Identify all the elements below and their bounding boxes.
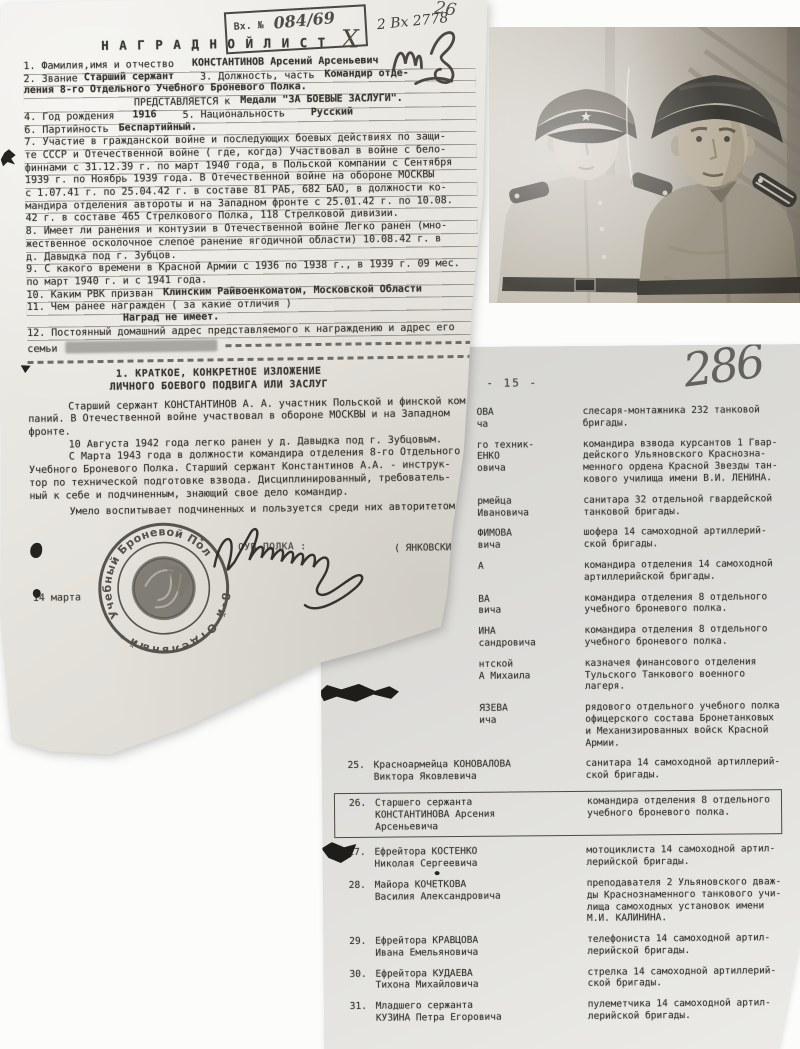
entry-number: 29.	[349, 936, 375, 948]
entry-duty: командира взвода курсантов 1 Гвар- дейск…	[583, 437, 785, 486]
entry-name: Старшего сержанта КОНСТАНТИНОВА Арсения …	[375, 796, 587, 833]
stamp-number: 084/69	[272, 8, 335, 33]
ink-speck	[1, 149, 16, 166]
award-sheet-page: Н А Г Р А Д Н О Й Л И С Т Вх. № 084/69 2…	[0, 0, 498, 788]
handwritten-folio-number: 286	[680, 334, 765, 398]
ink-speck	[435, 871, 440, 875]
commander-signature	[204, 518, 405, 626]
entry-duty: телефониста 14 самоходной артил- лерийск…	[587, 932, 789, 957]
handwritten-page-number: 26	[433, 0, 457, 21]
entry-name: Ефрейтора КОСТЕНКО Николая Сергеевича	[374, 845, 586, 870]
entry-duty: мотоциклиста 14 самоходной артил- лерийс…	[586, 843, 788, 868]
list-item: 31. Младшего сержанта КУЗИНА Петра Егоро…	[324, 997, 800, 1025]
entry-duty: рядового отдельного учебного полка офице…	[585, 700, 787, 749]
list-item: 27. Ефрейтора КОСТЕНКО Николая Сергеевич…	[322, 843, 800, 871]
entry-duty: командира отделения 8 отдельного учебног…	[587, 794, 779, 819]
list-item: 30. Ефрейтора КУДАЕВА Тихона Михайловича…	[323, 965, 800, 993]
field-label: 4. Год рождения	[24, 111, 114, 125]
dashed-rule	[225, 341, 479, 348]
entry-duty: пулеметчика 14 самоходной артил- лерийск…	[588, 997, 790, 1022]
entry-duty: преподавателя 2 Ульяновского дваж- ды Кр…	[587, 876, 789, 925]
entry-name: Ефрейтора КРАВЦОВА Ивана Емельяновича	[375, 934, 587, 959]
form-body: 1. Фамилия,имя и отчество КОНСТАНТИНОВ А…	[23, 55, 481, 520]
entry-duty: казначея финансового отделения Тульского…	[585, 656, 787, 693]
entry-number: 26.	[349, 798, 375, 810]
entry-duty: стрелка 14 самоходной артиллерий- ской б…	[587, 965, 789, 990]
stamp-label: Вх. №	[233, 20, 264, 33]
entry-name: Младшего сержанта КУЗИНА Петра Егоровича	[376, 999, 588, 1024]
entry-duty: санитара 14 самоходной артиллерий- ской …	[586, 756, 788, 781]
soldiers-photo	[489, 27, 800, 303]
entry-number: 28.	[349, 880, 375, 892]
field-value: Русский	[311, 106, 353, 119]
field-label: семьи	[27, 344, 57, 357]
field-value: Беспартийный.	[119, 121, 197, 135]
field-value: Медали "ЗА БОЕВЫЕ ЗАСЛУГИ".	[240, 93, 403, 108]
redacted-address-block	[65, 340, 217, 354]
handwritten-x-mark: Х	[341, 24, 359, 53]
entry-duty: командира отделения 14 самоходной артилл…	[584, 558, 786, 583]
list-item: 29. Ефрейтора КРАВЦОВА Ивана Емельянович…	[323, 932, 800, 960]
entry-duty: слесаря-монтажника 232 танковой бригады.	[583, 404, 785, 429]
entry-duty: командира отделения 8 отдельного учебног…	[584, 623, 786, 648]
entry-name: Майора КОЧЕТКОВА Василия Александровича	[375, 878, 587, 903]
award-sheet-paper: Н А Г Р А Д Н О Й Л И С Т Вх. № 084/69 2…	[0, 0, 504, 791]
field-label: 5. Национальность	[182, 108, 285, 122]
entry-duty: шофера 14 самоходной артиллерий- ской бр…	[584, 526, 786, 551]
entry-name: Ефрейтора КУДАЕВА Тихона Михайловича	[375, 967, 587, 992]
citation-line: Умело воспитывает подчиненных и пользует…	[30, 501, 482, 520]
ink-speck	[30, 543, 42, 558]
field-value: Командир отде-	[324, 67, 408, 81]
dashed-separator	[28, 355, 480, 364]
entry-duty: санитара 32 отдельной гвардейской танков…	[583, 493, 785, 518]
entry-number: 30.	[349, 968, 375, 980]
list-item: 26. Старшего сержанта КОНСТАНТИНОВА Арсе…	[334, 789, 782, 838]
soldiers-photo-image	[489, 27, 800, 303]
signer-name: ( ЯНКОВСКИЙ).	[394, 542, 469, 554]
scanned-document-canvas: - 15 - 286 ОВА ча слесаря-монтажника 232…	[0, 0, 800, 1049]
list-item: 28. Майора КОЧЕТКОВА Василия Александров…	[323, 876, 800, 927]
field-value: 1916	[132, 109, 156, 122]
entry-duty: командира отделения 8 отдельного учебног…	[584, 591, 786, 616]
entry-number: 31.	[350, 1001, 376, 1013]
ink-speck	[33, 589, 41, 598]
